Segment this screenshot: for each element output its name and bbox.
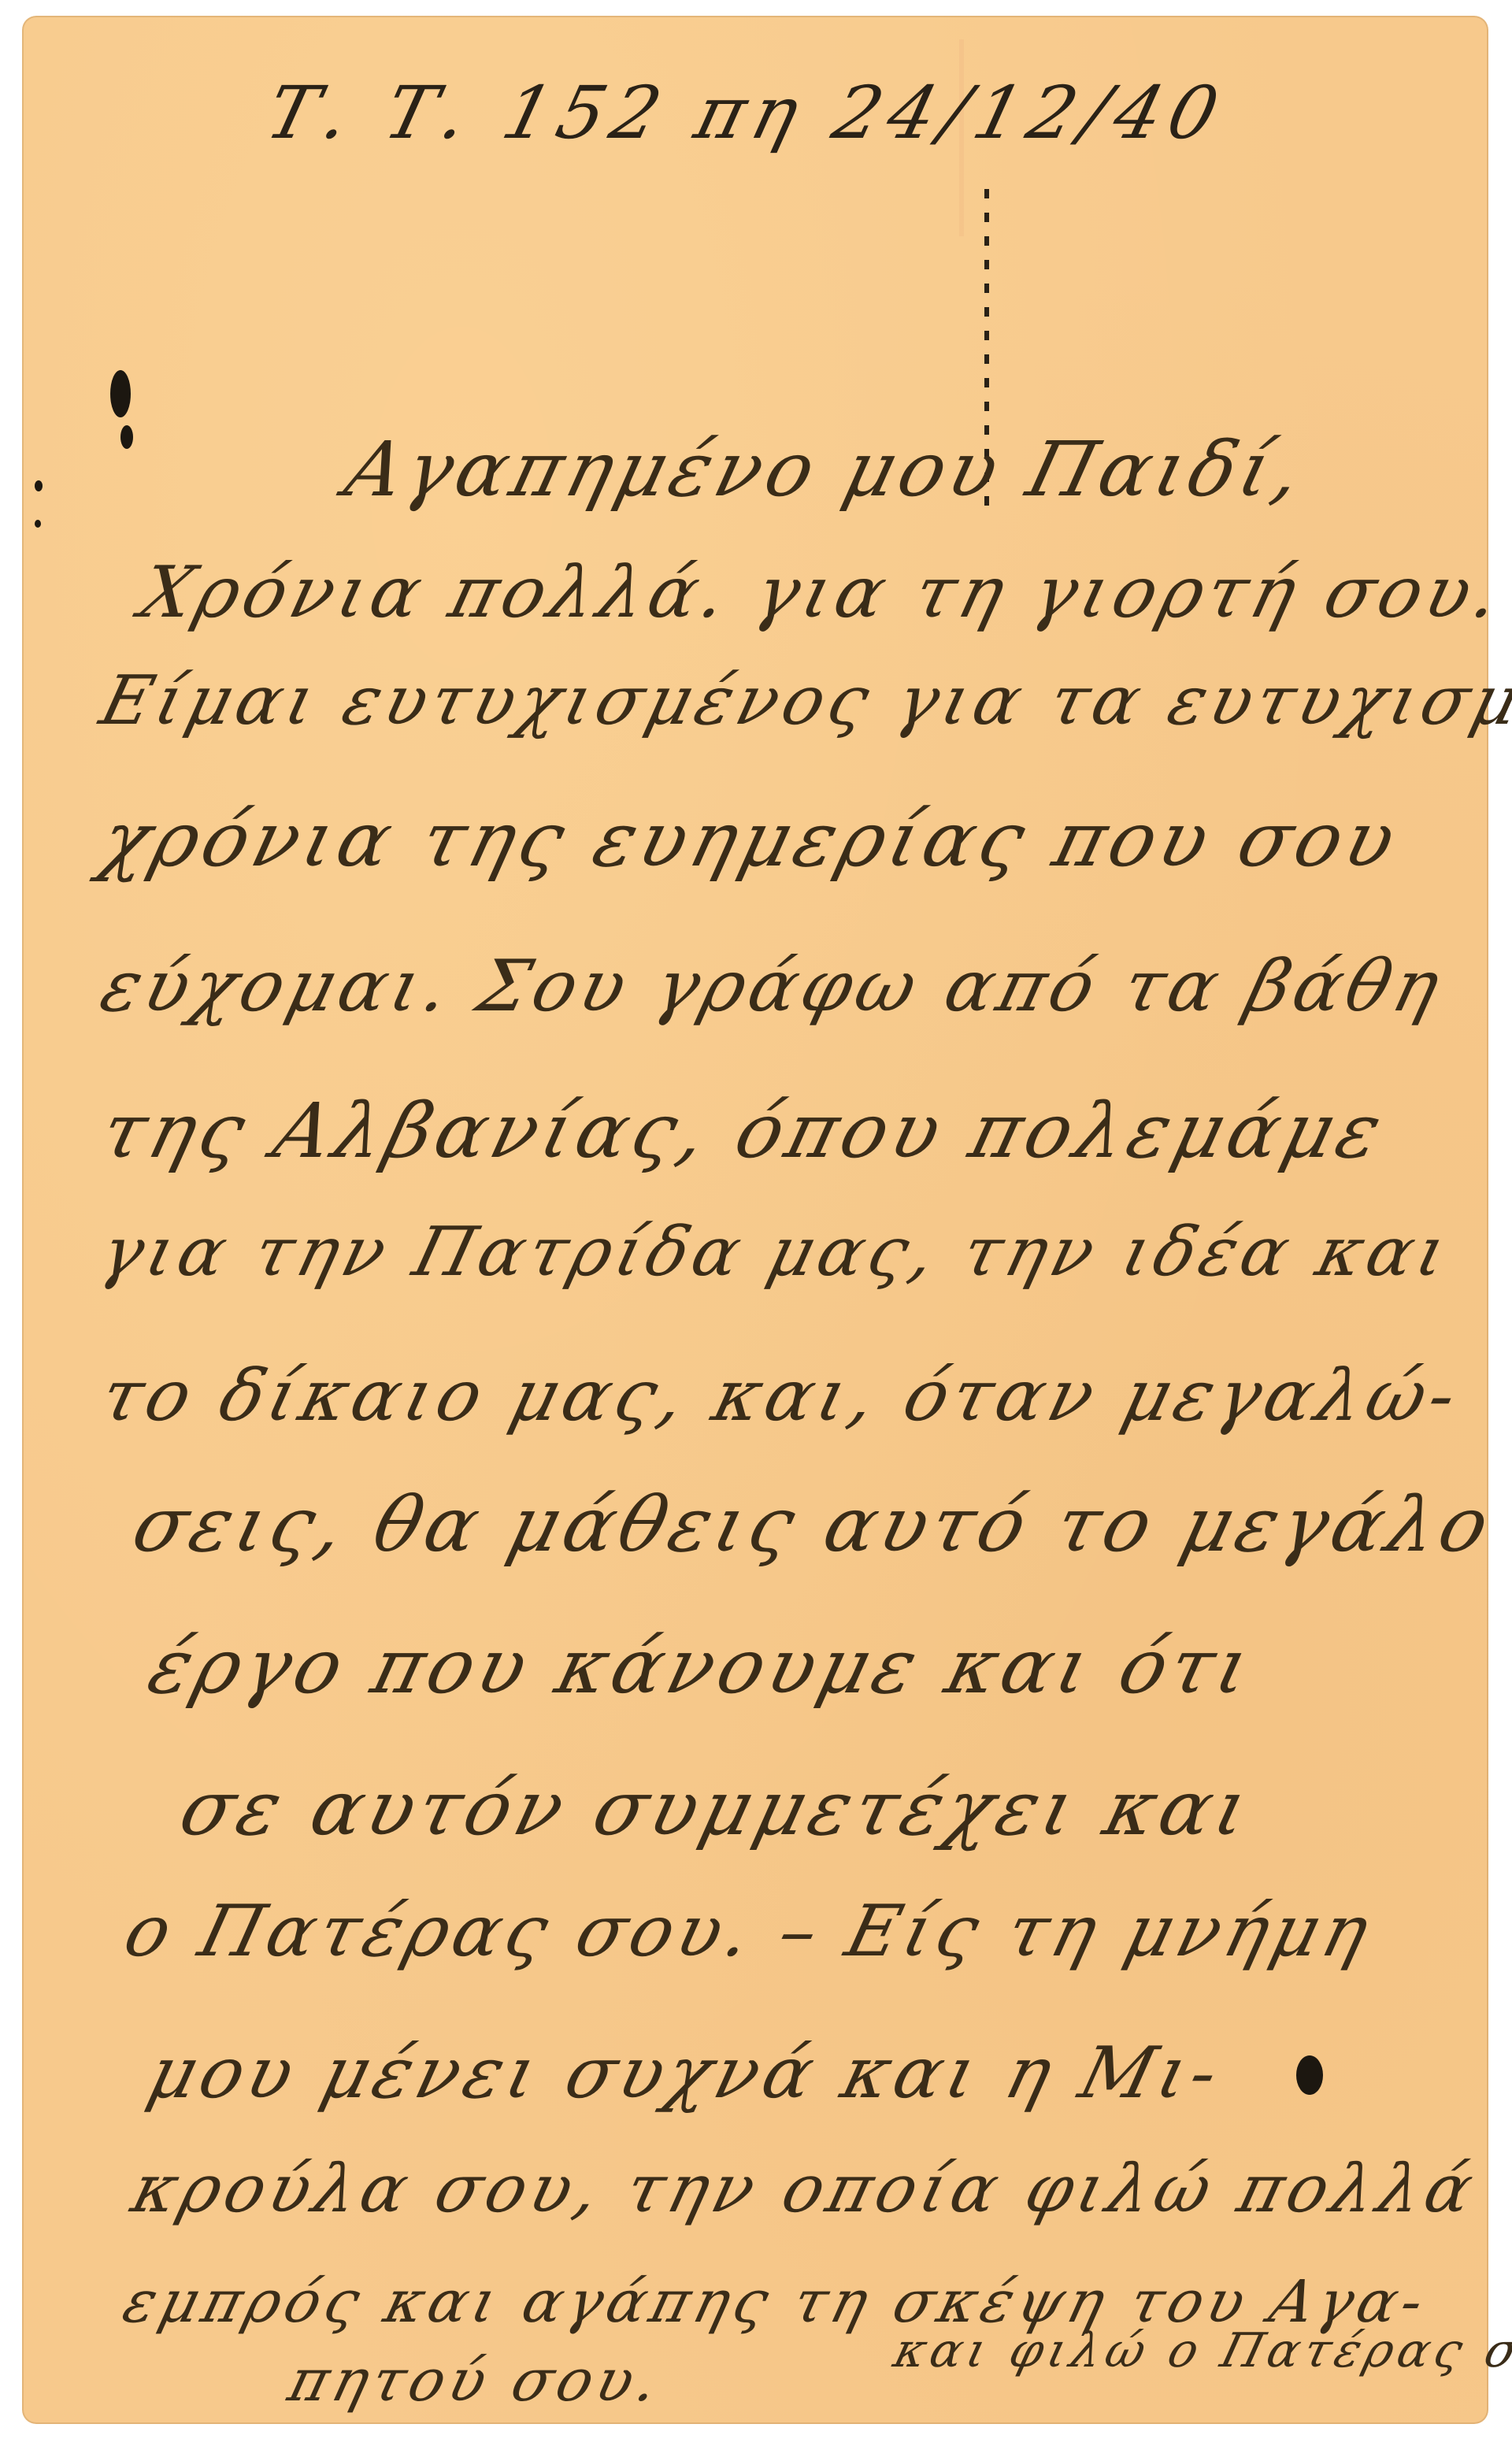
text-line: Χρόνια πολλά. για τη γιορτή σου. – xyxy=(132,551,1512,634)
ink-blot xyxy=(110,370,131,417)
text-line: σε αυτόν συμμετέχει και xyxy=(172,1764,1262,1852)
ink-dot xyxy=(35,520,41,528)
ink-dot xyxy=(35,480,43,491)
salutation: Αγαπημένο μου Παιδί, xyxy=(337,425,1315,513)
text-line: ο Πατέρας σου. – Είς τη μνήμη xyxy=(117,1890,1381,1973)
ink-blot xyxy=(120,425,133,449)
postcard: Τ. Τ. 152 πη 24/12/40 Αγαπημένο μου Παιδ… xyxy=(22,16,1488,2424)
text-line: εύχομαι. Σου γράφω από τα βάθη xyxy=(93,945,1452,1028)
text-line: για την Πατρίδα μας, την ιδέα και xyxy=(93,1213,1459,1292)
ink-blot xyxy=(1296,2055,1323,2095)
text-line: της Αλβανίας, όπου πολεμάμε xyxy=(93,1087,1395,1175)
text-line: μου μένει συχνά και η Μι- xyxy=(140,2032,1231,2115)
text-line: σεις, θα μάθεις αυτό το μεγάλο xyxy=(124,1481,1503,1569)
text-line: έργο που κάνουμε και ότι xyxy=(140,1622,1264,1711)
text-line: χρόνια της ευημερίας που σου xyxy=(93,795,1409,884)
text-line: Είμαι ευτυχισμένος για τα ευτυχισμένα xyxy=(93,662,1512,740)
header-date: Τ. Τ. 152 πη 24/12/40 xyxy=(258,71,1234,155)
text-line: κρούλα σου, την οποία φιλώ πολλά xyxy=(124,2150,1485,2227)
text-line: το δίκαιο μας, και, όταν μεγαλώ- xyxy=(93,1355,1469,1437)
text-line: πητού σου. xyxy=(282,2347,669,2415)
signature: και φιλώ ο Πατέρας σου xyxy=(888,2323,1512,2378)
